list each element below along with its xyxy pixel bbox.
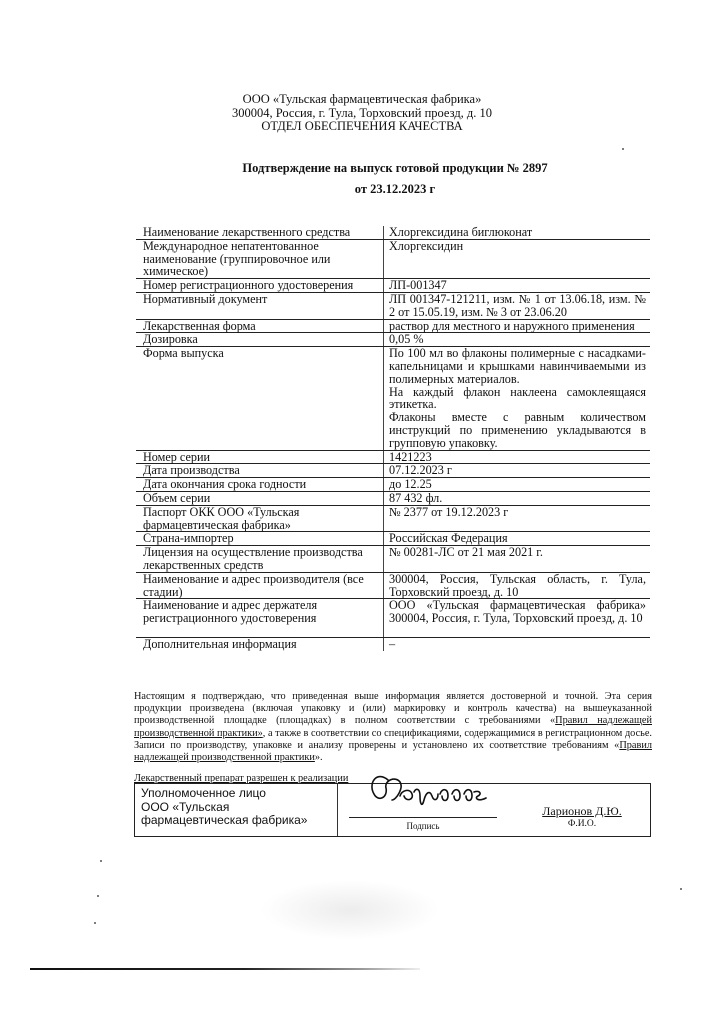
field-value-line: Хлоргексидин xyxy=(389,240,646,253)
field-label: Нормативный документ xyxy=(136,293,384,319)
table-row: Объем серии87 432 фл. xyxy=(136,492,650,506)
letterhead: ООО «Тульская фармацевтическая фабрика» … xyxy=(0,93,724,134)
authorized-person-company: ООО «Тульская фармацевтическая фабрика» xyxy=(141,801,337,828)
table-row: Страна-импортерРоссийская Федерация xyxy=(136,532,650,546)
field-label: Наименование лекарственного средства xyxy=(136,226,384,239)
field-value: ЛП 001347-121211, изм. № 1 от 13.06.18, … xyxy=(384,293,650,319)
field-label: Наименование и адрес держателя регистрац… xyxy=(136,599,384,637)
table-row: Лекарственная формараствор для местного … xyxy=(136,320,650,334)
table-row: Номер регистрационного удостоверенияЛП-0… xyxy=(136,279,650,293)
field-label: Наименование и адрес производителя (все … xyxy=(136,573,384,599)
product-info-table: Наименование лекарственного средстваХлор… xyxy=(136,226,650,651)
field-value: 07.12.2023 г xyxy=(384,464,650,477)
field-label: Лекарственная форма xyxy=(136,320,384,333)
field-value: 300004, Россия, Тульская область, г. Тул… xyxy=(384,573,650,599)
field-label: Дозировка xyxy=(136,333,384,346)
field-label: Номер регистрационного удостоверения xyxy=(136,279,384,292)
authorized-person-role: Уполномоченное лицо xyxy=(141,787,337,801)
signature-caption: Подпись xyxy=(338,821,508,831)
table-row: Дополнительная информация– xyxy=(136,638,650,651)
signatory-name-caption: Ф.И.О. xyxy=(512,819,652,829)
department-name: ОТДЕЛ ОБЕСПЕЧЕНИЯ КАЧЕСТВА xyxy=(0,120,724,134)
table-row: Нормативный документЛП 001347-121211, из… xyxy=(136,293,650,320)
field-value-line: 300004, Россия, Тульская область, г. Тул… xyxy=(389,573,646,599)
field-value: ООО «Тульская фармацевтическая фабрика» … xyxy=(384,599,650,637)
field-label: Номер серии xyxy=(136,451,384,464)
table-row: Дата окончания срока годностидо 12.25 xyxy=(136,478,650,492)
field-value-line: – xyxy=(389,638,646,651)
table-row: Форма выпускаПо 100 мл во флаконы полиме… xyxy=(136,347,650,450)
field-value-line: ЛП-001347 xyxy=(389,279,646,292)
scan-bleed-through xyxy=(260,880,440,940)
signature-area: Подпись xyxy=(338,784,508,836)
field-value: 0,05 % xyxy=(384,333,650,346)
field-value: 87 432 фл. xyxy=(384,492,650,505)
field-value-line: Хлоргексидина биглюконат xyxy=(389,226,646,239)
field-value-line: 0,05 % xyxy=(389,333,646,346)
field-label: Дата производства xyxy=(136,464,384,477)
field-label: Паспорт ОКК ООО «Тульская фармацевтическ… xyxy=(136,506,384,532)
field-value-line: Флаконы вместе с равным количеством инст… xyxy=(389,411,646,449)
field-value: – xyxy=(384,638,650,651)
field-label: Форма выпуска xyxy=(136,347,384,449)
scan-speck xyxy=(97,895,99,897)
field-label: Дата окончания срока годности xyxy=(136,478,384,491)
field-value: Российская Федерация xyxy=(384,532,650,545)
field-value-line: № 00281-ЛС от 21 мая 2021 г. xyxy=(389,546,646,559)
field-value-line: раствор для местного и наружного примене… xyxy=(389,320,646,333)
field-value: 1421223 xyxy=(384,451,650,464)
scan-speck xyxy=(100,860,102,862)
scan-speck xyxy=(622,148,624,150)
authorized-person: Уполномоченное лицо ООО «Тульская фармац… xyxy=(135,784,338,836)
field-value-line: ЛП 001347-121211, изм. № 1 от 13.06.18, … xyxy=(389,293,646,319)
field-value: Хлоргексидин xyxy=(384,240,650,278)
table-row: Наименование лекарственного средстваХлор… xyxy=(136,226,650,240)
signatory-name-area: Ларионов Д.Ю. Ф.И.О. xyxy=(508,784,650,836)
company-name: ООО «Тульская фармацевтическая фабрика» xyxy=(0,93,724,107)
field-value-line: По 100 мл во флаконы полимерные с насадк… xyxy=(389,347,646,385)
field-value-line: 07.12.2023 г xyxy=(389,464,646,477)
table-row: Номер серии1421223 xyxy=(136,451,650,465)
field-value: ЛП-001347 xyxy=(384,279,650,292)
signatory-name: Ларионов Д.Ю. xyxy=(512,804,652,819)
table-row: Лицензия на осуществление производства л… xyxy=(136,546,650,573)
field-value-line: 87 432 фл. xyxy=(389,492,646,505)
field-value-line: № 2377 от 19.12.2023 г xyxy=(389,506,646,519)
field-label: Международное непатентованное наименован… xyxy=(136,240,384,278)
confirmation-text-3: ». xyxy=(315,752,323,763)
document-date: от 23.12.2023 г xyxy=(0,182,724,197)
field-value-line: до 12.25 xyxy=(389,478,646,491)
company-address: 300004, Россия, г. Тула, Торховский прое… xyxy=(0,107,724,121)
handwritten-signature-icon xyxy=(366,770,496,816)
table-row: Паспорт ОКК ООО «Тульская фармацевтическ… xyxy=(136,506,650,533)
field-label: Дополнительная информация xyxy=(136,638,384,651)
field-label: Лицензия на осуществление производства л… xyxy=(136,546,384,572)
scan-speck xyxy=(94,922,96,924)
field-value-line: На каждый флакон наклеена самоклеящаяся … xyxy=(389,386,646,412)
field-value: По 100 мл во флаконы полимерные с насадк… xyxy=(384,347,650,449)
document-title: Подтверждение на выпуск готовой продукци… xyxy=(0,161,724,176)
field-value: № 00281-ЛС от 21 мая 2021 г. xyxy=(384,546,650,572)
table-row: Дозировка0,05 % xyxy=(136,333,650,347)
field-value: раствор для местного и наружного примене… xyxy=(384,320,650,333)
table-row: Дата производства07.12.2023 г xyxy=(136,464,650,478)
field-label: Страна-импортер xyxy=(136,532,384,545)
signature-line xyxy=(349,817,497,818)
field-value-line: Российская Федерация xyxy=(389,532,646,545)
scan-edge-line xyxy=(30,968,420,970)
table-row: Наименование и адрес держателя регистрац… xyxy=(136,599,650,638)
table-row: Наименование и адрес производителя (все … xyxy=(136,573,650,600)
signature-block: Уполномоченное лицо ООО «Тульская фармац… xyxy=(134,783,651,837)
field-value: до 12.25 xyxy=(384,478,650,491)
field-label: Объем серии xyxy=(136,492,384,505)
scan-speck xyxy=(680,888,682,890)
confirmation-paragraph: Настоящим я подтверждаю, что приведенная… xyxy=(134,691,652,764)
field-value: № 2377 от 19.12.2023 г xyxy=(384,506,650,532)
table-row: Международное непатентованное наименован… xyxy=(136,240,650,279)
field-value-line: 1421223 xyxy=(389,451,646,464)
field-value-line: ООО «Тульская фармацевтическая фабрика» … xyxy=(389,599,646,625)
field-value: Хлоргексидина биглюконат xyxy=(384,226,650,239)
